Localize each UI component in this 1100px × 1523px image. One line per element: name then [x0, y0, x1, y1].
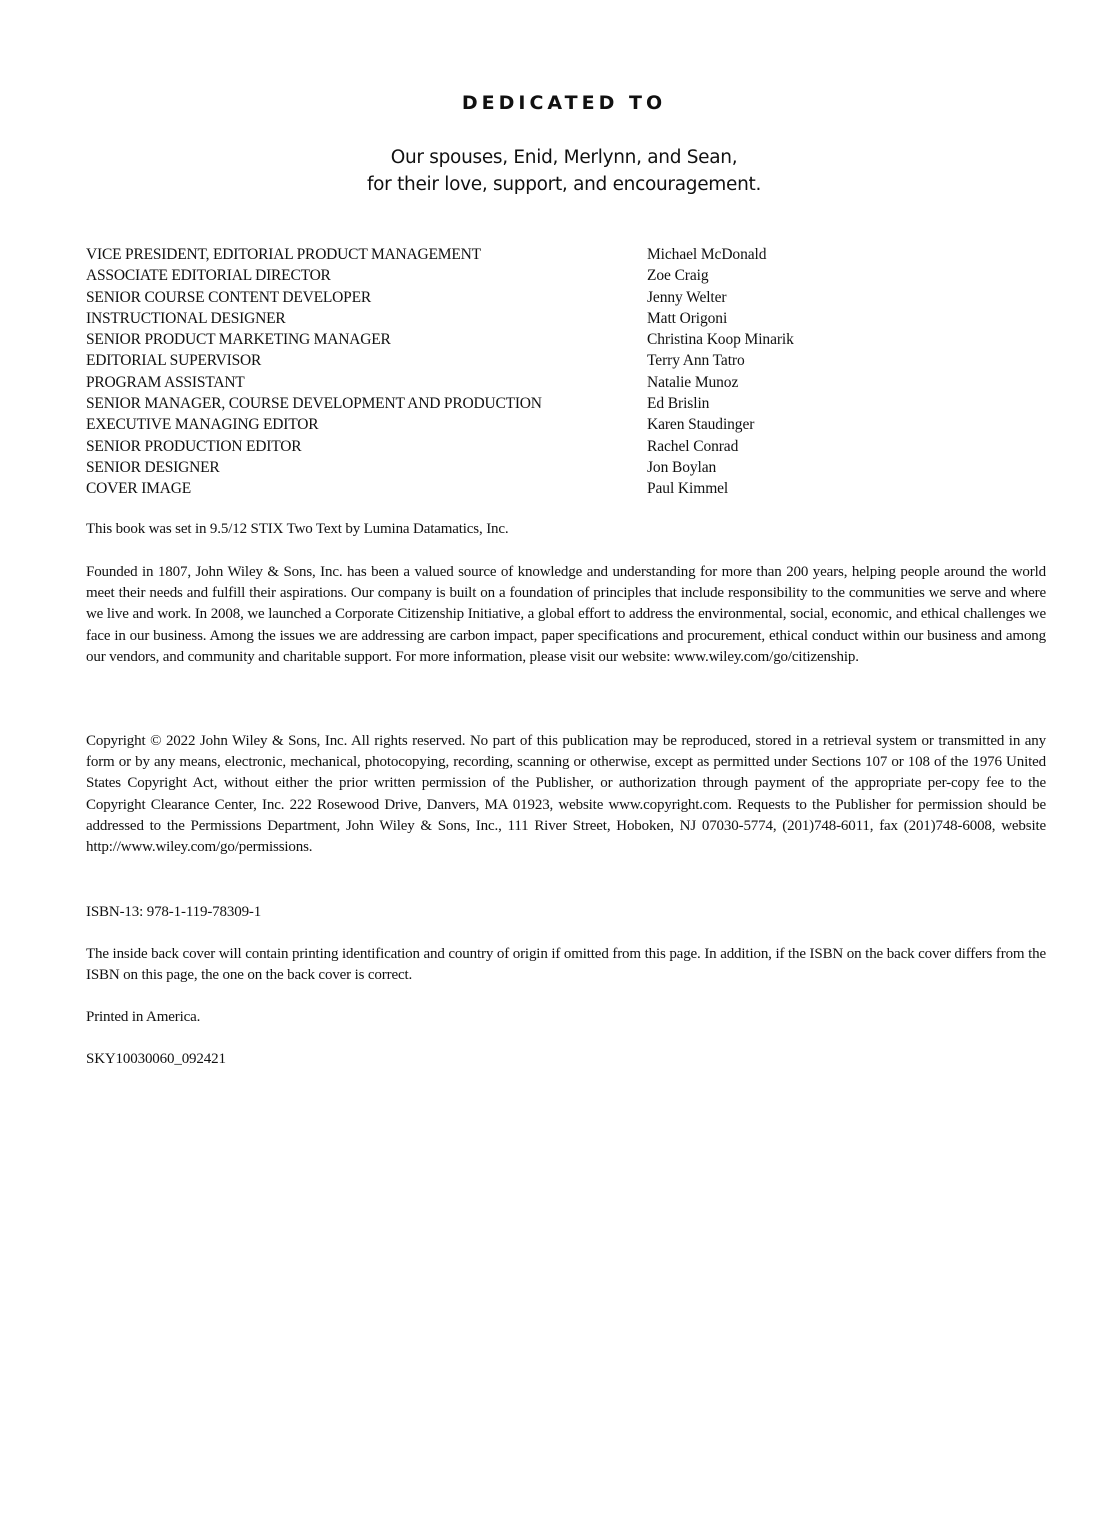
- typeset-note: This book was set in 9.5/12 STIX Two Tex…: [86, 519, 1046, 540]
- credit-row: SENIOR DESIGNER Jon Boylan: [86, 457, 846, 478]
- credit-role: SENIOR COURSE CONTENT DEVELOPER: [86, 287, 647, 308]
- inside-cover-note: The inside back cover will contain print…: [86, 944, 1046, 986]
- credit-row: VICE PRESIDENT, EDITORIAL PRODUCT MANAGE…: [86, 244, 846, 265]
- credit-row: ASSOCIATE EDITORIAL DIRECTOR Zoe Craig: [86, 265, 846, 286]
- sku-code: SKY10030060_092421: [86, 1049, 1046, 1070]
- credit-role: VICE PRESIDENT, EDITORIAL PRODUCT MANAGE…: [86, 244, 647, 265]
- credit-name: Jon Boylan: [647, 457, 716, 478]
- credit-role: ASSOCIATE EDITORIAL DIRECTOR: [86, 265, 647, 286]
- credit-name: Terry Ann Tatro: [647, 350, 745, 371]
- credit-role: SENIOR DESIGNER: [86, 457, 647, 478]
- credit-name: Matt Origoni: [647, 308, 727, 329]
- credit-role: EXECUTIVE MANAGING EDITOR: [86, 414, 647, 435]
- credit-role: INSTRUCTIONAL DESIGNER: [86, 308, 647, 329]
- credit-row: INSTRUCTIONAL DESIGNER Matt Origoni: [86, 308, 846, 329]
- credit-name: Paul Kimmel: [647, 478, 728, 499]
- dedication-line: Our spouses, Enid, Merlynn, and Sean,: [0, 144, 1100, 171]
- credit-role: COVER IMAGE: [86, 478, 647, 499]
- credit-row: SENIOR PRODUCTION EDITOR Rachel Conrad: [86, 436, 846, 457]
- credit-row: COVER IMAGE Paul Kimmel: [86, 478, 846, 499]
- credit-row: SENIOR MANAGER, COURSE DEVELOPMENT AND P…: [86, 393, 846, 414]
- credit-name: Karen Staudinger: [647, 414, 754, 435]
- isbn: ISBN-13: 978-1-119-78309-1: [86, 902, 1046, 923]
- credit-row: SENIOR COURSE CONTENT DEVELOPER Jenny We…: [86, 287, 846, 308]
- credit-role: EDITORIAL SUPERVISOR: [86, 350, 647, 371]
- wiley-citizenship-paragraph: Founded in 1807, John Wiley & Sons, Inc.…: [86, 562, 1046, 668]
- copyright-page: DEDICATED TO Our spouses, Enid, Merlynn,…: [0, 0, 1100, 1523]
- credit-role: SENIOR PRODUCTION EDITOR: [86, 436, 647, 457]
- credit-name: Jenny Welter: [647, 287, 726, 308]
- credit-role: SENIOR PRODUCT MARKETING MANAGER: [86, 329, 647, 350]
- credit-row: PROGRAM ASSISTANT Natalie Munoz: [86, 372, 846, 393]
- dedication-title: DEDICATED TO: [0, 92, 1100, 114]
- credit-row: EDITORIAL SUPERVISOR Terry Ann Tatro: [86, 350, 846, 371]
- credit-name: Rachel Conrad: [647, 436, 738, 457]
- dedication-line: for their love, support, and encourageme…: [0, 171, 1100, 198]
- credit-role: SENIOR MANAGER, COURSE DEVELOPMENT AND P…: [86, 393, 647, 414]
- credit-row: SENIOR PRODUCT MARKETING MANAGER Christi…: [86, 329, 846, 350]
- credit-name: Zoe Craig: [647, 265, 709, 286]
- credit-role: PROGRAM ASSISTANT: [86, 372, 647, 393]
- credit-row: EXECUTIVE MANAGING EDITOR Karen Stauding…: [86, 414, 846, 435]
- credits-list: VICE PRESIDENT, EDITORIAL PRODUCT MANAGE…: [86, 244, 846, 500]
- credit-name: Christina Koop Minarik: [647, 329, 794, 350]
- credit-name: Ed Brislin: [647, 393, 709, 414]
- dedication-text: Our spouses, Enid, Merlynn, and Sean, fo…: [0, 144, 1100, 198]
- copyright-notice: Copyright © 2022 John Wiley & Sons, Inc.…: [86, 731, 1046, 858]
- credit-name: Natalie Munoz: [647, 372, 738, 393]
- credit-name: Michael McDonald: [647, 244, 766, 265]
- printed-in: Printed in America.: [86, 1007, 1046, 1028]
